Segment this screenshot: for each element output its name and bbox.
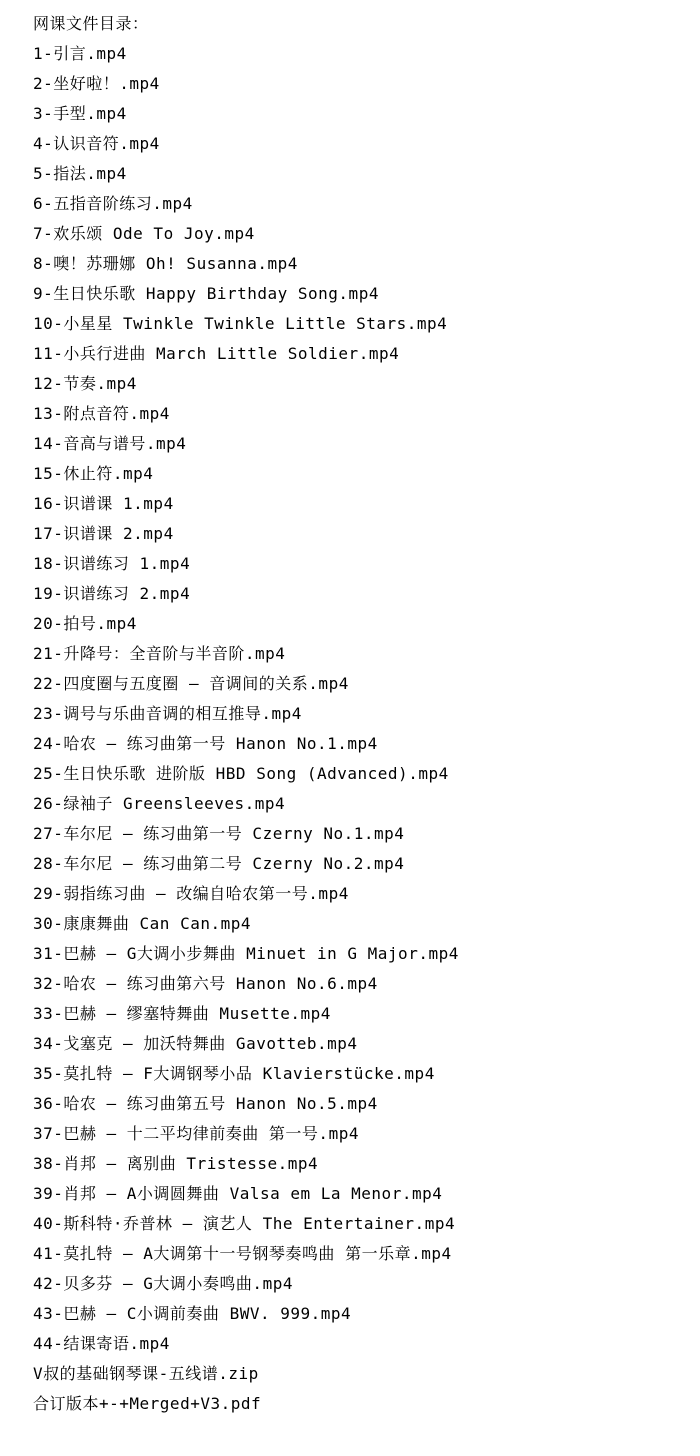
file-list-item: 42-贝多芬 – G大调小奏鸣曲.mp4 <box>33 1269 690 1299</box>
file-list-item: 24-哈农 – 练习曲第一号 Hanon No.1.mp4 <box>33 729 690 759</box>
file-list: 1-引言.mp42-坐好啦！.mp43-手型.mp44-认识音符.mp45-指法… <box>33 39 690 1419</box>
file-list-item: 1-引言.mp4 <box>33 39 690 69</box>
file-list-item: 6-五指音阶练习.mp4 <box>33 189 690 219</box>
file-list-item: 19-识谱练习 2.mp4 <box>33 579 690 609</box>
file-list-item: 22-四度圈与五度圈 – 音调间的关系.mp4 <box>33 669 690 699</box>
file-list-item: 29-弱指练习曲 – 改编自哈农第一号.mp4 <box>33 879 690 909</box>
file-list-item: 30-康康舞曲 Can Can.mp4 <box>33 909 690 939</box>
file-list-item: 10-小星星 Twinkle Twinkle Little Stars.mp4 <box>33 309 690 339</box>
file-list-item: 8-噢！苏珊娜 Oh! Susanna.mp4 <box>33 249 690 279</box>
file-list-item: 39-肖邦 – A小调圆舞曲 Valsa em La Menor.mp4 <box>33 1179 690 1209</box>
file-list-item: 12-节奏.mp4 <box>33 369 690 399</box>
directory-title: 网课文件目录： <box>33 9 690 39</box>
file-list-item: 23-调号与乐曲音调的相互推导.mp4 <box>33 699 690 729</box>
file-list-item: 21-升降号：全音阶与半音阶.mp4 <box>33 639 690 669</box>
file-list-item: 27-车尔尼 – 练习曲第一号 Czerny No.1.mp4 <box>33 819 690 849</box>
file-list-item: 33-巴赫 – 缪塞特舞曲 Musette.mp4 <box>33 999 690 1029</box>
file-list-item: 44-结课寄语.mp4 <box>33 1329 690 1359</box>
file-list-item: 2-坐好啦！.mp4 <box>33 69 690 99</box>
file-list-item: 16-识谱课 1.mp4 <box>33 489 690 519</box>
file-list-item: 26-绿袖子 Greensleeves.mp4 <box>33 789 690 819</box>
file-list-item: 35-莫扎特 – F大调钢琴小品 Klavierstücke.mp4 <box>33 1059 690 1089</box>
file-list-item: 28-车尔尼 – 练习曲第二号 Czerny No.2.mp4 <box>33 849 690 879</box>
file-list-item: 14-音高与谱号.mp4 <box>33 429 690 459</box>
file-list-item: 3-手型.mp4 <box>33 99 690 129</box>
file-list-item: 4-认识音符.mp4 <box>33 129 690 159</box>
file-list-item: 20-拍号.mp4 <box>33 609 690 639</box>
file-list-item: 34-戈塞克 – 加沃特舞曲 Gavotteb.mp4 <box>33 1029 690 1059</box>
file-list-item: 5-指法.mp4 <box>33 159 690 189</box>
file-list-item: 38-肖邦 – 离别曲 Tristesse.mp4 <box>33 1149 690 1179</box>
file-list-item: V叔的基础钢琴课-五线谱.zip <box>33 1359 690 1389</box>
file-list-item: 13-附点音符.mp4 <box>33 399 690 429</box>
file-list-item: 15-休止符.mp4 <box>33 459 690 489</box>
file-list-item: 37-巴赫 – 十二平均律前奏曲 第一号.mp4 <box>33 1119 690 1149</box>
file-list-item: 43-巴赫 – C小调前奏曲 BWV. 999.mp4 <box>33 1299 690 1329</box>
file-list-item: 25-生日快乐歌 进阶版 HBD Song (Advanced).mp4 <box>33 759 690 789</box>
file-directory-document: 网课文件目录： 1-引言.mp42-坐好啦！.mp43-手型.mp44-认识音符… <box>0 0 700 1456</box>
file-list-item: 11-小兵行进曲 March Little Soldier.mp4 <box>33 339 690 369</box>
file-list-item: 18-识谱练习 1.mp4 <box>33 549 690 579</box>
file-list-item: 17-识谱课 2.mp4 <box>33 519 690 549</box>
file-list-item: 9-生日快乐歌 Happy Birthday Song.mp4 <box>33 279 690 309</box>
file-list-item: 31-巴赫 – G大调小步舞曲 Minuet in G Major.mp4 <box>33 939 690 969</box>
file-list-item: 7-欢乐颂 Ode To Joy.mp4 <box>33 219 690 249</box>
file-list-item: 41-莫扎特 – A大调第十一号钢琴奏鸣曲 第一乐章.mp4 <box>33 1239 690 1269</box>
file-list-item: 合订版本+-+Merged+V3.pdf <box>33 1389 690 1419</box>
file-list-item: 32-哈农 – 练习曲第六号 Hanon No.6.mp4 <box>33 969 690 999</box>
file-list-item: 36-哈农 – 练习曲第五号 Hanon No.5.mp4 <box>33 1089 690 1119</box>
file-list-item: 40-斯科特·乔普林 – 演艺人 The Entertainer.mp4 <box>33 1209 690 1239</box>
